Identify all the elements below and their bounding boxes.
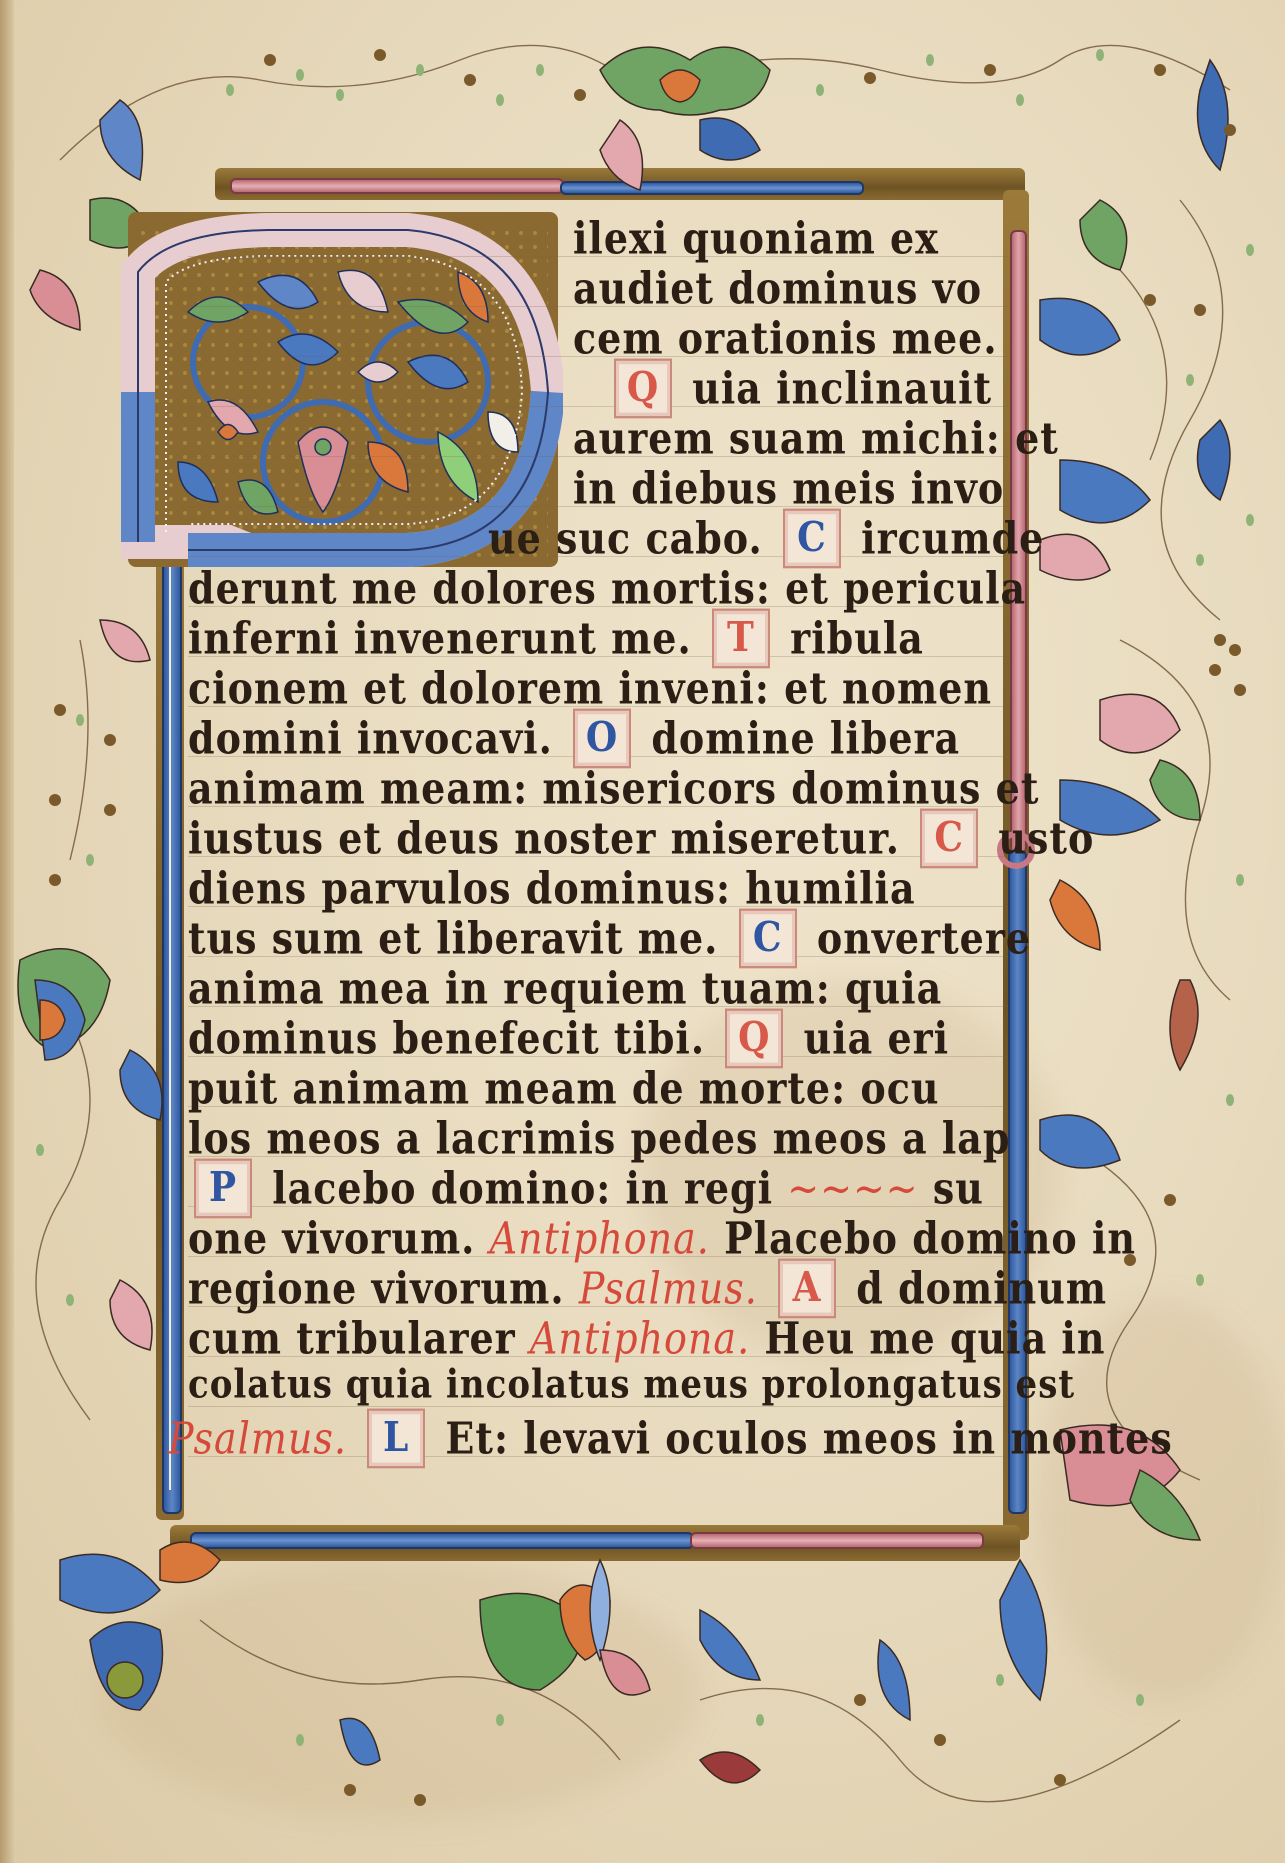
line-text: colatus quia incolatus meus prolongatus …: [188, 1362, 1075, 1408]
line-text: ribula: [790, 612, 924, 664]
decorated-initial: L: [367, 1408, 425, 1468]
rubric-antiphona: Antiphona.: [490, 1213, 710, 1264]
rubric-psalmus: Psalmus.: [579, 1263, 758, 1314]
line-text: domine libera: [651, 712, 960, 764]
line-text: los meos a lacrimis pedes meos a lap: [188, 1112, 1010, 1164]
line-text: derunt me dolores mortis: et pericula: [188, 562, 1026, 614]
text-line: aurem suam michi: et: [573, 412, 1059, 464]
text-line: cem orationis mee.: [573, 312, 998, 364]
text-line: one vivorum. Antiphona. Placebo domino i…: [188, 1212, 1136, 1264]
line-text: uia eri: [804, 1012, 950, 1064]
line-text: uia inclinauit: [692, 362, 992, 414]
text-line: cionem et dolorem inveni: et nomen: [188, 662, 992, 714]
line-text: cionem et dolorem inveni: et nomen: [188, 662, 992, 714]
line-text: in diebus meis invo: [573, 462, 1004, 514]
line-text: usto: [998, 812, 1094, 864]
line-text: onvertere: [817, 912, 1031, 964]
line-text: tus sum et liberavit me.: [188, 912, 718, 964]
line-text: cabo.: [645, 512, 762, 564]
text-line: ilexi quoniam ex: [573, 212, 939, 264]
decorated-initial: Q: [725, 1008, 783, 1068]
line-text: lacebo domino: in regi: [272, 1162, 773, 1214]
decorated-initial: P: [194, 1158, 252, 1218]
line-text: Et: levavi oculos meos in montes: [445, 1412, 1172, 1464]
text-line: diens parvulos dominus: humilia: [188, 862, 916, 914]
line-text: puit animam meam de morte: ocu: [188, 1062, 939, 1114]
line-text: one vivorum.: [188, 1212, 475, 1264]
line-text: animam meam: misericors dominus et: [188, 762, 1039, 814]
decorated-initial: C: [739, 908, 797, 968]
line-text: ircumde: [861, 512, 1044, 564]
decorated-initial: O: [573, 708, 631, 768]
line-text: cum tribularer: [188, 1312, 516, 1364]
text-line: Psalmus. L Et: levavi oculos meos in mon…: [168, 1412, 1173, 1472]
decorated-initial: A: [778, 1258, 836, 1318]
text-line: animam meam: misericors dominus et: [188, 762, 1039, 814]
rubric-line-filler: ~~~~: [787, 1163, 918, 1214]
line-text: dominus benefecit tibi.: [188, 1012, 705, 1064]
text-line: colatus quia incolatus meus prolongatus …: [188, 1362, 1075, 1408]
line-text: anima mea in requiem tuam: quia: [188, 962, 942, 1014]
line-text: su: [933, 1162, 984, 1214]
text-line: derunt me dolores mortis: et pericula: [188, 562, 1026, 614]
text-line: los meos a lacrimis pedes meos a lap: [188, 1112, 1010, 1164]
manuscript-page: ilexi quoniam ex audiet dominus vo cem o…: [0, 0, 1285, 1863]
line-text: ue suc: [488, 512, 631, 564]
text-line: cum tribularer Antiphona. Heu me quia in: [188, 1312, 1106, 1364]
line-text: diens parvulos dominus: humilia: [188, 862, 916, 914]
line-text: ilexi quoniam ex: [573, 212, 939, 264]
text-line: puit animam meam de morte: ocu: [188, 1062, 939, 1114]
line-text: iustus et deus noster miseretur.: [188, 812, 900, 864]
decorated-initial: T: [712, 608, 770, 668]
line-text: Placebo domino in: [724, 1212, 1136, 1264]
decorated-initial: C: [920, 808, 978, 868]
line-text: regione vivorum.: [188, 1262, 565, 1314]
line-text: domini invocavi.: [188, 712, 553, 764]
rubric-psalmus: Psalmus.: [168, 1413, 347, 1464]
line-text: inferni invenerunt me.: [188, 612, 692, 664]
line-text: audiet dominus vo: [573, 262, 982, 314]
rubric-antiphona: Antiphona.: [530, 1313, 750, 1364]
line-text: Heu me quia in: [764, 1312, 1105, 1364]
line-text: aurem suam michi: et: [573, 412, 1059, 464]
decorated-initial: C: [783, 508, 841, 568]
text-line: audiet dominus vo: [573, 262, 982, 314]
text-line: anima mea in requiem tuam: quia: [188, 962, 942, 1014]
decorated-initial: Q: [614, 358, 672, 418]
line-text: cem orationis mee.: [573, 312, 998, 364]
text-line: in diebus meis invo: [573, 462, 1004, 514]
line-text: d dominum: [856, 1262, 1107, 1314]
